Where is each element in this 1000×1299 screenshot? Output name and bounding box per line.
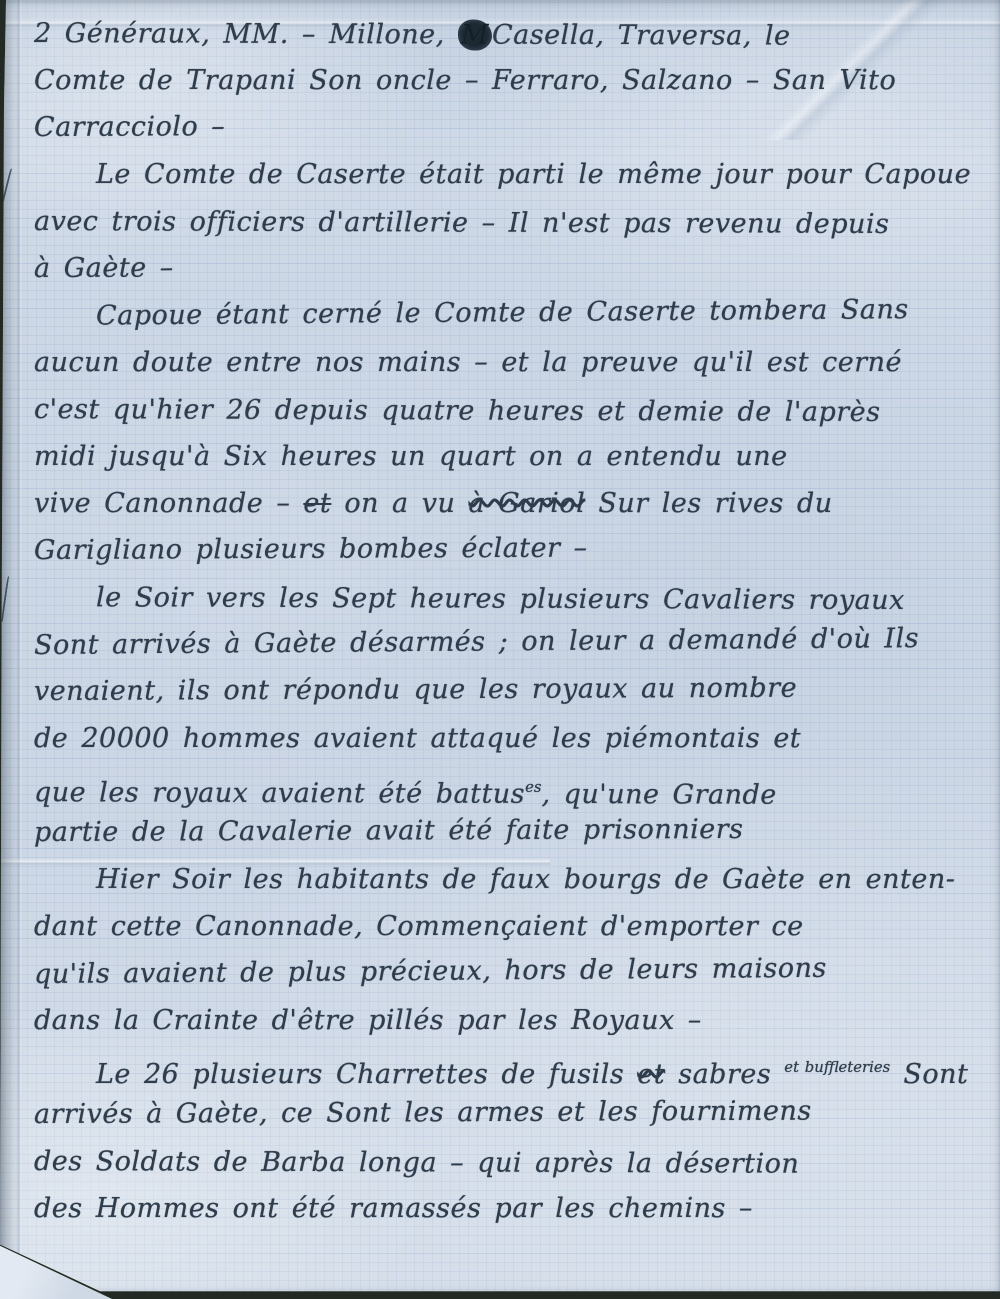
letter-body: 2 Généraux, MM. – Millone, MCasella, Tra… [34,10,988,1232]
stray-ink-mark [2,168,12,201]
handwritten-text: midi jusqu'à Six heures un quart on a en… [34,441,788,472]
handwritten-line: dant cette Canonnade, Commençaient d'emp… [34,903,988,950]
handwritten-line: de 20000 hommes avaient attaqué les piém… [34,715,988,762]
strikethrough-text: et [303,488,331,519]
handwritten-text: des Soldats de Barba longa – qui après l… [34,1146,799,1180]
handwritten-line: Carracciolo – [34,100,988,151]
handwritten-line: Le 26 plusieurs Charrettes de fusils et … [34,1044,988,1091]
handwritten-line: arrivés à Gaète, ce Sont les armes et le… [34,1087,988,1138]
handwritten-text: Garigliano plusieurs bombes éclater – [34,533,588,566]
handwritten-line: Sont arrivés à Gaète désarmés ; on leur … [34,615,988,669]
handwritten-line: 2 Généraux, MM. – Millone, MCasella, Tra… [34,10,988,60]
handwritten-line: Garigliano plusieurs bombes éclater – [34,523,988,574]
handwritten-text: 2 Généraux, MM. – Millone, [34,18,458,50]
handwritten-text: Sont arrivés à Gaète désarmés ; on leur … [34,623,919,661]
scribbled-out-text: à Gariol [468,488,585,519]
handwritten-text: on a vu [331,488,468,519]
paper-crease-left [16,0,22,1299]
handwritten-text: des Hommes ont été ramassés par les chem… [34,1193,753,1224]
handwritten-text: Hier Soir les habitants de faux bourgs d… [96,864,955,895]
stray-ink-mark [1,576,9,622]
handwritten-line: venaient, ils ont répondu que les royaux… [34,664,988,715]
handwritten-text: le Soir vers les Sept heures plusieurs C… [96,582,905,616]
handwritten-line: Capoue étant cerné le Comte de Caserte t… [34,286,988,340]
handwritten-text: dans la Crainte d'être pillés par les Ro… [34,1005,702,1036]
letter-page: 2 Généraux, MM. – Millone, MCasella, Tra… [0,0,1000,1299]
handwritten-text: c'est qu'hier 26 depuis quatre heures et… [34,394,881,428]
scanned-letter: 2 Généraux, MM. – Millone, MCasella, Tra… [0,0,1000,1299]
handwritten-line: Comte de Trapani Son oncle – Ferraro, Sa… [34,57,988,104]
handwritten-text: qu'ils avaient de plus précieux, hors de… [34,953,827,990]
interline-insertion: et buffleteries [784,1058,890,1076]
handwritten-text: vive Canonnade – [34,488,303,519]
handwritten-text: Comte de Trapani Son oncle – Ferraro, Sa… [34,65,896,96]
handwritten-text: arrivés à Gaète, ce Sont les armes et le… [34,1096,812,1130]
handwritten-line: à Gaète – [34,241,988,292]
handwritten-text: que les royaux avaient été battus [34,777,525,810]
handwritten-text: Carracciolo – [34,111,225,143]
handwritten-line: midi jusqu'à Six heures un quart on a en… [34,433,988,480]
handwritten-line: partie de la Cavalerie avait été faite p… [34,805,988,856]
handwritten-text: Sont [890,1059,968,1090]
scribbled-out-text: et [637,1059,665,1090]
handwritten-line: c'est qu'hier 26 depuis quatre heures et… [34,386,988,436]
handwritten-text: Le 26 plusieurs Charrettes de fusils [96,1059,637,1090]
ink-blot: M [458,19,492,50]
handwritten-line: qu'ils avaient de plus précieux, hors de… [34,944,988,998]
handwritten-line: aucun doute entre nos mains – et la preu… [34,339,988,386]
handwritten-line: des Soldats de Barba longa – qui après l… [34,1138,988,1188]
handwritten-text: avec trois officiers d'artillerie – Il n… [34,206,890,240]
handwritten-text: Sur les rives du [585,488,832,519]
handwritten-line: vive Canonnade – et on a vu à Gariol Sur… [34,480,988,527]
handwritten-line: Hier Soir les habitants de faux bourgs d… [34,856,988,903]
handwritten-text: venaient, ils ont répondu que les royaux… [34,673,797,707]
handwritten-text: sabres [665,1059,784,1090]
handwritten-line: des Hommes ont été ramassés par les chem… [34,1185,988,1232]
interline-insertion: es [525,778,541,796]
handwritten-text: à Gaète – [34,252,174,284]
handwritten-text: Casella, Traversa, le [492,20,791,52]
handwritten-text: Capoue étant cerné le Comte de Caserte t… [96,294,909,331]
handwritten-text: aucun doute entre nos mains – et la preu… [34,347,902,378]
handwritten-text: de 20000 hommes avaient attaqué les piém… [34,723,801,754]
handwritten-text: Le Comte de Caserte était parti le même … [96,159,971,190]
handwritten-text: partie de la Cavalerie avait été faite p… [34,814,744,848]
handwritten-line: Le Comte de Caserte était parti le même … [34,151,988,198]
handwritten-line: dans la Crainte d'être pillés par les Ro… [34,997,988,1044]
handwritten-text: dant cette Canonnade, Commençaient d'emp… [34,911,804,942]
